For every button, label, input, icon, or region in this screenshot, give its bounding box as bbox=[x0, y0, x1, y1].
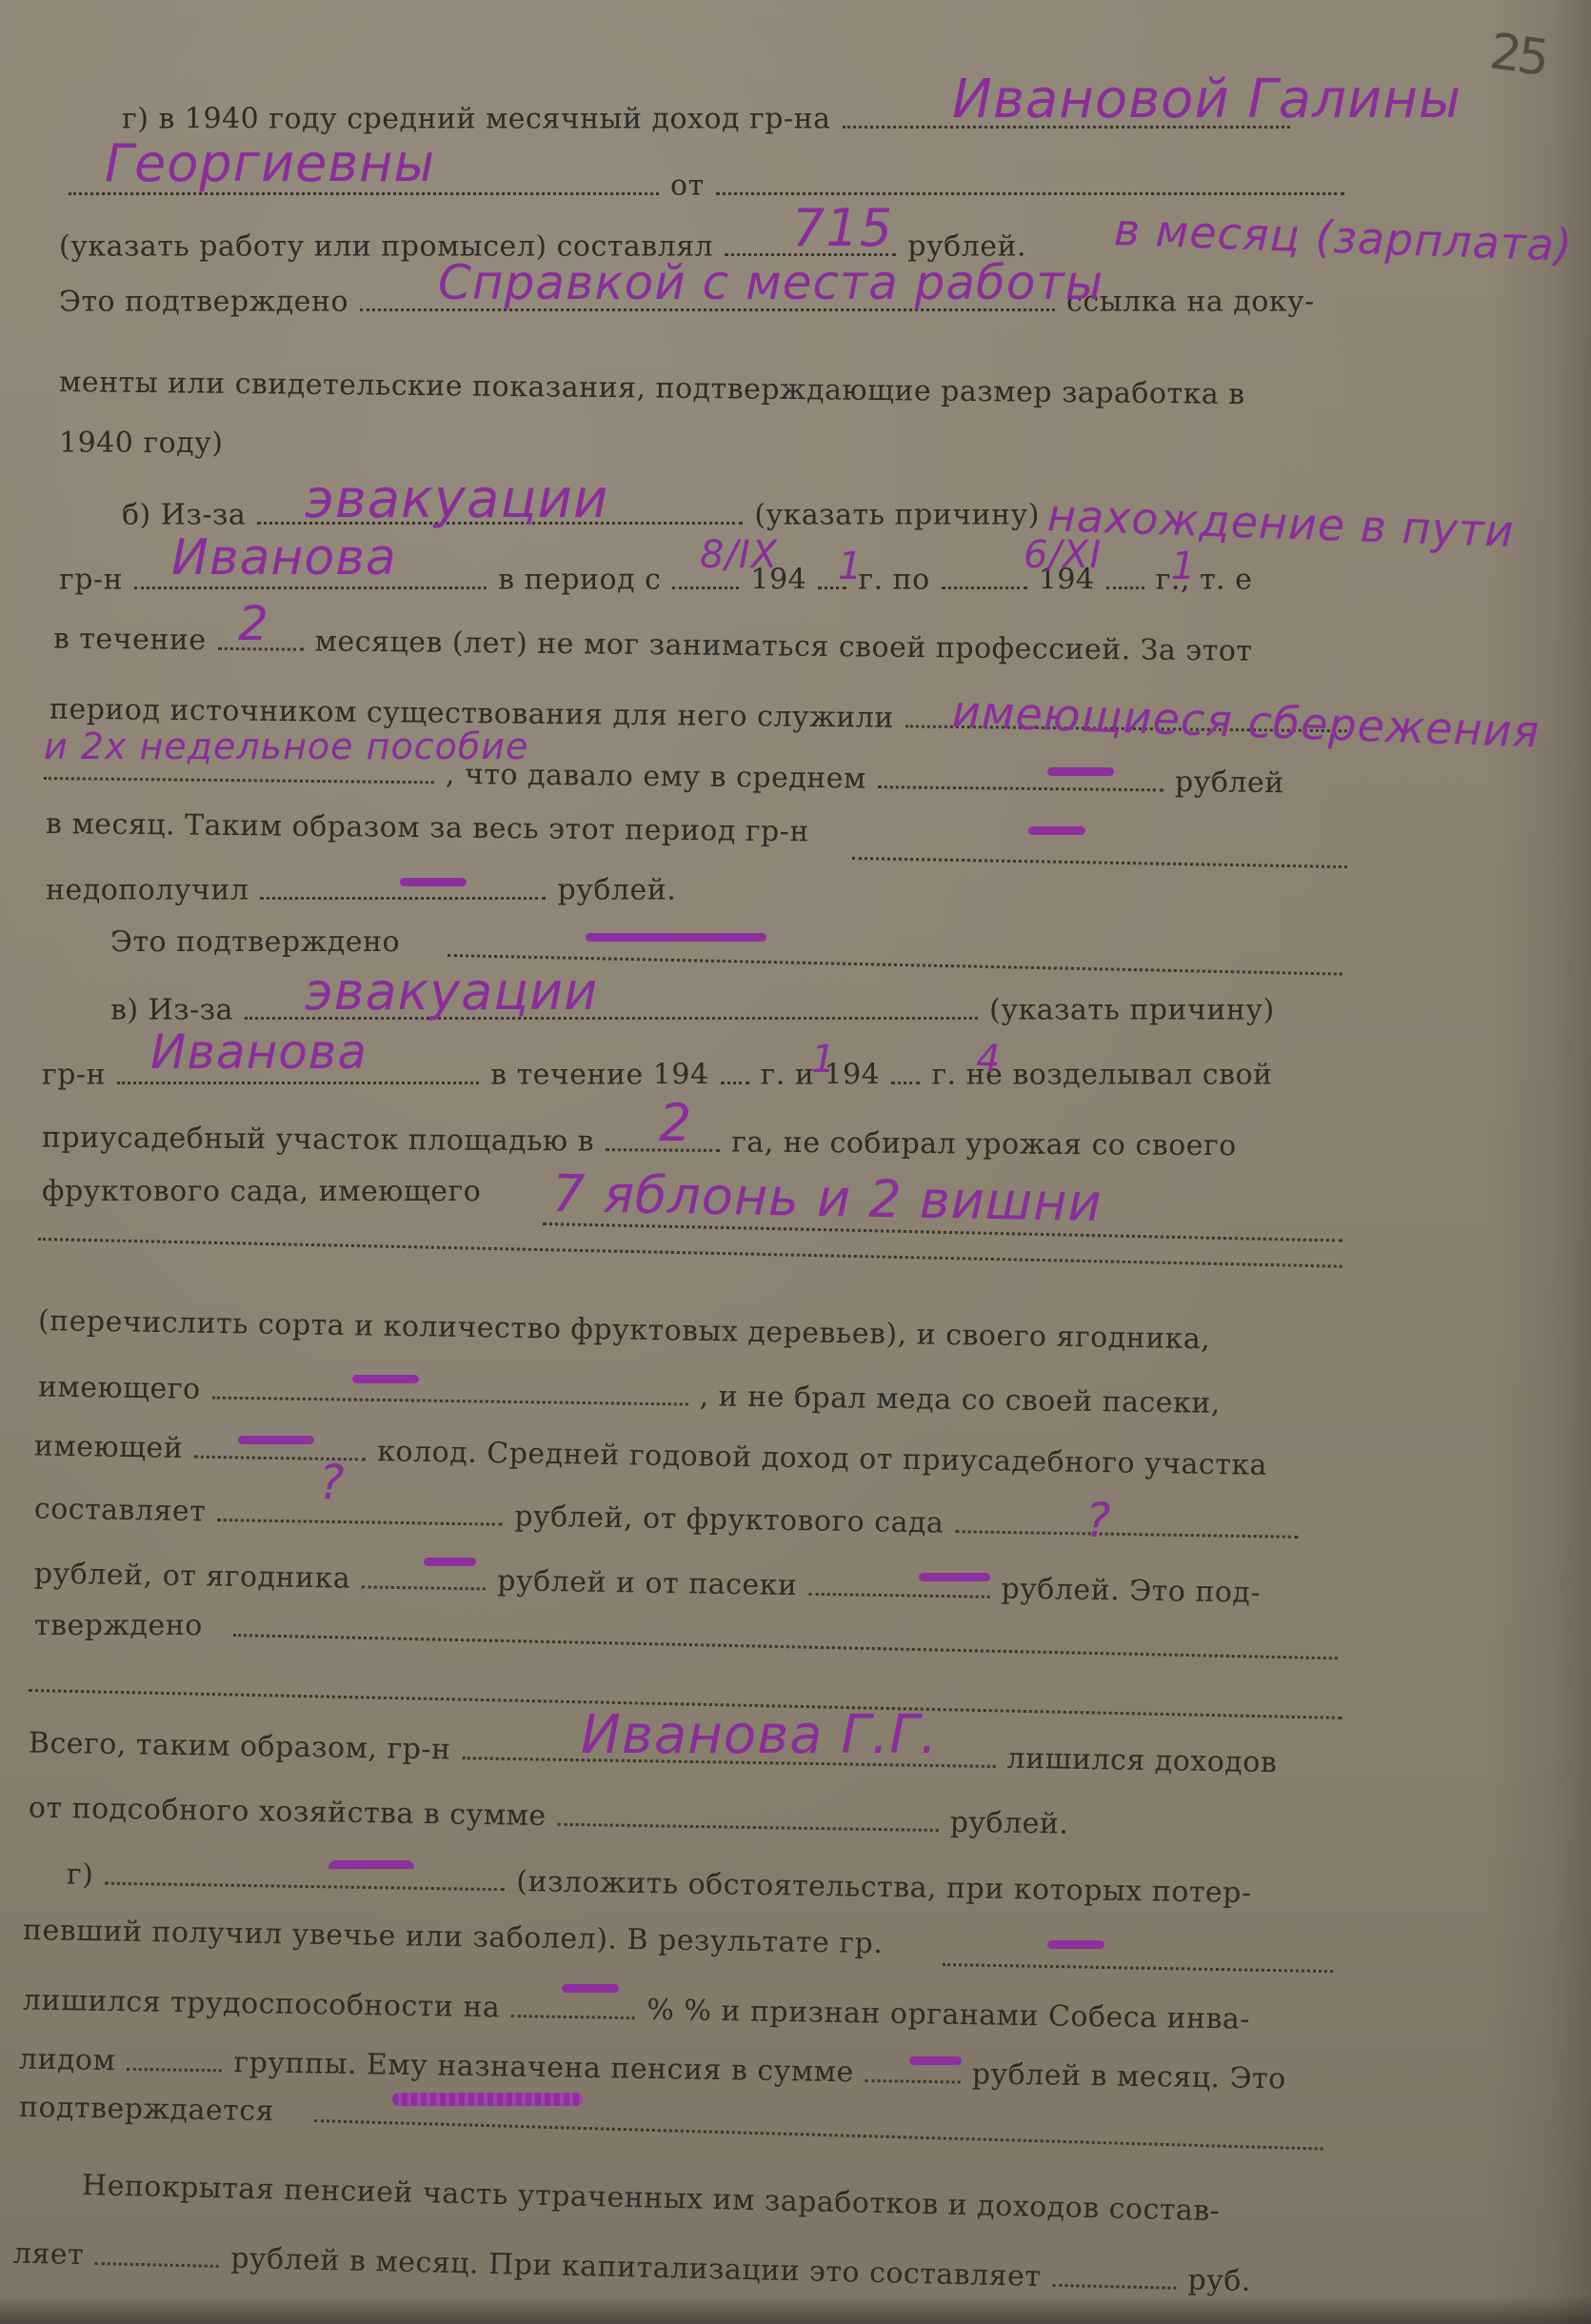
total-sum-field bbox=[558, 1793, 939, 1832]
handwritten-name: Иванова bbox=[150, 1024, 368, 1080]
closing-line2: ляет рублей в месяц. При капитализации э… bbox=[13, 2230, 1252, 2298]
section-g-line4: лидом группы. Ему назначена пенсия в сум… bbox=[19, 2036, 1286, 2096]
printed-text: % % и признан органами Собеса инва- bbox=[646, 1994, 1250, 2036]
section-v-line4: фруктового сада, имеющего bbox=[42, 1175, 481, 1208]
printed-text: приусадебный участок площадью в bbox=[42, 1122, 594, 1159]
handwritten-reason: эвакуации bbox=[305, 468, 608, 530]
circumstances-field bbox=[105, 1852, 505, 1891]
printed-text: рублей в месяц. При капитализации это со… bbox=[230, 2242, 1042, 2294]
section-v-line6: имеющего , и не брал меда со своей пасек… bbox=[38, 1363, 1221, 1420]
printed-text: в течение 194 bbox=[490, 1059, 708, 1092]
printed-text: (изложить обстоятельства, при которых по… bbox=[516, 1865, 1252, 1910]
section-v-line10: тверждено bbox=[34, 1609, 203, 1642]
printed-text: рублей, от фруктового сада bbox=[514, 1500, 945, 1539]
section-v-line5: (перечислить сорта и количество фруктовы… bbox=[38, 1304, 1211, 1356]
printed-text: месяцев (лет) не мог заниматься своей пр… bbox=[314, 625, 1252, 667]
printed-text: га, не собирал урожая со своего bbox=[731, 1126, 1237, 1163]
handwritten-source: имеющиеся сбережения bbox=[951, 685, 1541, 758]
printed-text: гр-н bbox=[42, 1059, 106, 1092]
underline bbox=[314, 2119, 1323, 2151]
underline bbox=[233, 1634, 1338, 1659]
printed-text: Это подтверждено bbox=[59, 286, 348, 319]
section-g-line3: лишился трудоспособности на % % и призна… bbox=[23, 1976, 1251, 2036]
page-bottom-shadow bbox=[0, 2295, 1591, 2324]
printed-text: в течение bbox=[53, 623, 207, 658]
handwritten-year1: 1 bbox=[838, 545, 863, 588]
printed-text: лишился трудоспособности на bbox=[23, 1984, 501, 2025]
printed-text: ляет bbox=[13, 2237, 85, 2273]
printed-text: в месяц. Таким образом за весь этот пери… bbox=[46, 807, 809, 848]
printed-text: рублей в месяц. Это bbox=[972, 2057, 1286, 2096]
page-number: 25 bbox=[1486, 23, 1549, 88]
uncovered-amount-field bbox=[95, 2232, 220, 2267]
printed-text: в) Из-за bbox=[110, 994, 233, 1027]
dash-mark bbox=[1047, 1940, 1104, 1949]
printed-text: гр-н bbox=[59, 564, 123, 597]
printed-text: фруктового сада, имеющего bbox=[42, 1175, 481, 1208]
printed-text: в период с bbox=[498, 564, 661, 597]
printed-text: (указать причину) bbox=[754, 499, 1040, 532]
section-b-line7: недополучил рублей. bbox=[46, 866, 676, 907]
printed-text: лишился доходов bbox=[1006, 1742, 1277, 1779]
handwritten-reason-extra: нахождение в пути bbox=[1046, 489, 1515, 557]
dash-mark bbox=[562, 1984, 619, 1993]
section-a-line5: менты или свидетельские показания, подтв… bbox=[59, 366, 1245, 411]
section-b-line3: в течение месяцев (лет) не мог заниматьс… bbox=[53, 615, 1253, 668]
underline bbox=[852, 857, 1347, 868]
printed-text: (указать причину) bbox=[989, 994, 1275, 1027]
handwritten-unknown-mark: ? bbox=[319, 1455, 346, 1510]
section-g-line1: г) (изложить обстоятельства, при которых… bbox=[67, 1851, 1252, 1910]
plot-income-field bbox=[217, 1488, 504, 1525]
dash-mark bbox=[1028, 826, 1085, 835]
capitalized-amount-field bbox=[1052, 2254, 1177, 2289]
closing-line1: Непокрытая пенсией часть утраченных им з… bbox=[82, 2169, 1221, 2228]
printed-text: г) в 1940 году средний месячный доход гр… bbox=[122, 103, 830, 136]
printed-text: от bbox=[670, 169, 705, 203]
handwritten-name: Ивановой Галины bbox=[952, 69, 1462, 130]
dash-mark bbox=[238, 1436, 314, 1444]
printed-text: г., т. е bbox=[1156, 564, 1253, 597]
handwritten-source-cont: и 2х недельное пособие bbox=[44, 725, 528, 767]
printed-text: рублей. bbox=[558, 874, 677, 907]
handwritten-amount: 715 bbox=[792, 198, 893, 258]
section-v-line7: имеющей колод. Средней годовой доход от … bbox=[34, 1422, 1268, 1482]
dash-mark bbox=[424, 1558, 476, 1566]
dash-mark bbox=[400, 878, 467, 886]
printed-text: Всего, таким образом, гр-н bbox=[29, 1727, 451, 1767]
dash-mark bbox=[352, 1375, 419, 1383]
underline bbox=[943, 1963, 1333, 1973]
handwritten-reason: эвакуации bbox=[305, 962, 598, 1022]
printed-text: недополучил bbox=[46, 874, 249, 907]
printed-text: , и не брал меда со своей пасеки, bbox=[699, 1380, 1221, 1420]
printed-text: рублей bbox=[1175, 765, 1284, 800]
total-line2: от подсобного хозяйства в сумме рублей. bbox=[29, 1784, 1069, 1841]
dash-mark bbox=[328, 1860, 414, 1869]
year2-field bbox=[891, 1051, 920, 1084]
printed-text: б) Из-за bbox=[122, 499, 246, 532]
pension-field bbox=[865, 2049, 962, 2083]
year1-field bbox=[721, 1051, 749, 1084]
handwritten-name: Иванова Г.Г. bbox=[581, 1704, 938, 1766]
dash-mark bbox=[1047, 767, 1114, 776]
printed-text: руб. bbox=[1187, 2263, 1251, 2297]
dash-mark bbox=[586, 933, 766, 942]
printed-text: составляет bbox=[34, 1493, 207, 1529]
handwritten-trees: 7 яблонь и 2 вишни bbox=[551, 1163, 1103, 1233]
work-field bbox=[716, 162, 1344, 195]
handwritten-year2: 1 bbox=[1171, 545, 1196, 588]
section-b-line6: в месяц. Таким образом за весь этот пери… bbox=[46, 807, 809, 848]
to-date-field bbox=[942, 556, 1027, 589]
document-page: 25 г) в 1940 году средний месячный доход… bbox=[0, 0, 1591, 2324]
printed-text: от подсобного хозяйства в сумме bbox=[29, 1792, 547, 1834]
printed-text: г. по bbox=[858, 564, 929, 597]
handwritten-patronymic: Георгиевны bbox=[105, 133, 435, 193]
printed-text: г) bbox=[67, 1858, 94, 1892]
section-b-line8: Это подтверждено bbox=[110, 925, 400, 959]
dash-mark bbox=[919, 1573, 990, 1581]
section-v-line1: в) Из-за (указать причину) bbox=[110, 986, 1275, 1027]
dash-mark bbox=[909, 2056, 962, 2065]
section-v-line9: рублей, от ягодника рублей и от пасеки р… bbox=[34, 1550, 1262, 1610]
handwritten-year1: 1 bbox=[811, 1038, 836, 1082]
printed-text: группы. Ему назначена пенсия в сумме bbox=[233, 2046, 854, 2089]
printed-text: рублей и от пасеки bbox=[497, 1564, 798, 1602]
printed-text: ссылка на доку- bbox=[1066, 286, 1315, 319]
printed-text: колод. Средней годовой доход от приусаде… bbox=[377, 1435, 1267, 1482]
printed-text: рублей. Это под- bbox=[1001, 1572, 1261, 1609]
printed-text: имеющего bbox=[38, 1371, 201, 1406]
berry-field bbox=[211, 1366, 687, 1405]
handwritten-area: 2 bbox=[659, 1093, 692, 1153]
crossed-out-scribble bbox=[392, 2093, 583, 2106]
handwritten-year2: 4 bbox=[976, 1038, 1001, 1082]
handwritten-months: 2 bbox=[238, 596, 269, 651]
section-v-line3: приусадебный участок площадью в га, не с… bbox=[42, 1114, 1237, 1162]
handwritten-to-date: 6/XI bbox=[1024, 533, 1102, 577]
underline bbox=[38, 1238, 1342, 1268]
printed-text: имеющей bbox=[34, 1430, 184, 1465]
handwritten-proof: Справкой с места работы bbox=[438, 255, 1104, 310]
section-a-line6: 1940 году) bbox=[59, 427, 224, 460]
handwritten-unknown-mark: ? bbox=[1085, 1493, 1112, 1548]
handwritten-name: Иванова bbox=[171, 529, 397, 586]
handwritten-from-date: 8/IX bbox=[700, 533, 778, 577]
garden-income-field bbox=[955, 1500, 1298, 1538]
printed-text: лидом bbox=[19, 2043, 116, 2078]
section-g-line2: певший получил увечье или заболел). В ре… bbox=[23, 1914, 884, 1960]
section-g-line5: подтверждается bbox=[19, 2091, 275, 2128]
average-field bbox=[878, 755, 1163, 791]
page-edge-shadow bbox=[1486, 0, 1591, 2324]
printed-text: рублей, от ягодника bbox=[34, 1558, 351, 1596]
disability-group-field bbox=[127, 2037, 223, 2072]
printed-text: рублей. bbox=[949, 1806, 1068, 1841]
year2-field bbox=[1106, 556, 1144, 589]
printed-text: певший получил увечье или заболел). В ре… bbox=[23, 1914, 884, 1960]
